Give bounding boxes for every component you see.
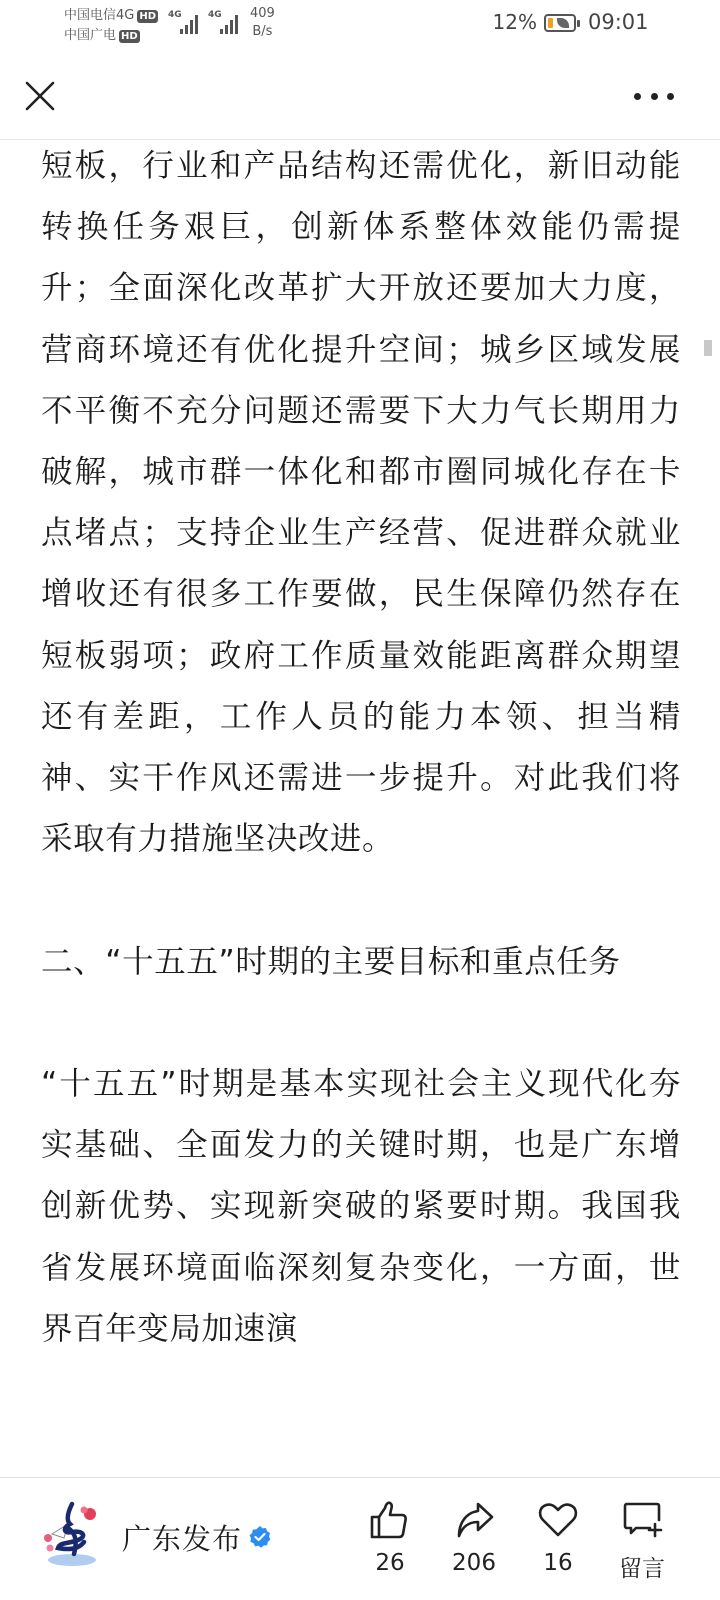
avatar-logo-icon <box>38 1498 102 1576</box>
section-heading: 二、“十五五”时期的主要目标和重点任务 <box>41 932 681 993</box>
signal-type-2: 4G <box>208 10 222 20</box>
battery-percent: 12% <box>493 10 537 34</box>
share-button[interactable]: 206 <box>432 1498 516 1583</box>
share-icon <box>452 1498 496 1542</box>
close-button[interactable] <box>22 78 58 114</box>
status-bar: 中国电信4G HD 中国广电 HD 4G 4G 409 B/s 12% 09:0… <box>0 0 720 50</box>
signal-strength-icon-1: 4G <box>168 10 198 34</box>
favorite-button[interactable]: 16 <box>516 1498 600 1583</box>
thumbs-up-icon <box>368 1498 412 1542</box>
close-icon <box>22 78 58 114</box>
more-options-button[interactable] <box>634 86 674 106</box>
author-account[interactable]: 广东发布 <box>38 1498 272 1576</box>
network-speed-unit: B/s <box>250 23 275 41</box>
article-body: 短板，行业和产品结构还需优化，新旧动能转换任务艰巨，创新体系整体效能仍需提升；全… <box>41 142 681 1447</box>
verified-badge-icon <box>248 1525 272 1549</box>
network-speed: 409 B/s <box>250 5 275 41</box>
scrollbar-thumb[interactable] <box>704 340 712 356</box>
like-button[interactable]: 26 <box>348 1498 432 1583</box>
signal-strength-icon-2: 4G <box>208 10 238 34</box>
article-paragraph: “十五五”时期是基本实现社会主义现代化夯实基础、全面发力的关键时期，也是广东增创… <box>41 1054 681 1360</box>
article-paragraph: 短板，行业和产品结构还需优化，新旧动能转换任务艰巨，创新体系整体效能仍需提升；全… <box>41 142 681 870</box>
bottom-action-bar: 广东发布 26 206 16 <box>0 1477 720 1600</box>
battery-icon <box>544 14 576 32</box>
carrier-1-label: 中国电信4G <box>64 6 134 26</box>
hd-badge-1: HD <box>137 10 158 23</box>
signal-type-1: 4G <box>168 10 182 20</box>
battery-status: 12% <box>493 10 537 34</box>
comment-button[interactable]: 留言 <box>600 1498 684 1583</box>
network-speed-value: 409 <box>250 5 275 23</box>
carrier-2-label: 中国广电 <box>64 26 116 46</box>
comment-add-icon <box>620 1498 664 1542</box>
clock: 09:01 <box>588 10 649 34</box>
engagement-actions: 26 206 16 留言 <box>348 1498 684 1583</box>
avatar[interactable] <box>38 1498 102 1576</box>
favorite-count: 16 <box>543 1550 572 1576</box>
heart-icon <box>536 1498 580 1542</box>
power-saving-leaf-icon <box>557 18 569 28</box>
share-count: 206 <box>452 1550 496 1576</box>
like-count: 26 <box>375 1550 404 1576</box>
comment-label: 留言 <box>619 1550 665 1583</box>
more-horizontal-icon <box>634 93 641 100</box>
author-name[interactable]: 广东发布 <box>122 1517 242 1558</box>
hd-badge-2: HD <box>119 30 140 43</box>
carrier-info: 中国电信4G HD 中国广电 HD <box>64 6 158 46</box>
top-app-bar <box>0 50 720 140</box>
